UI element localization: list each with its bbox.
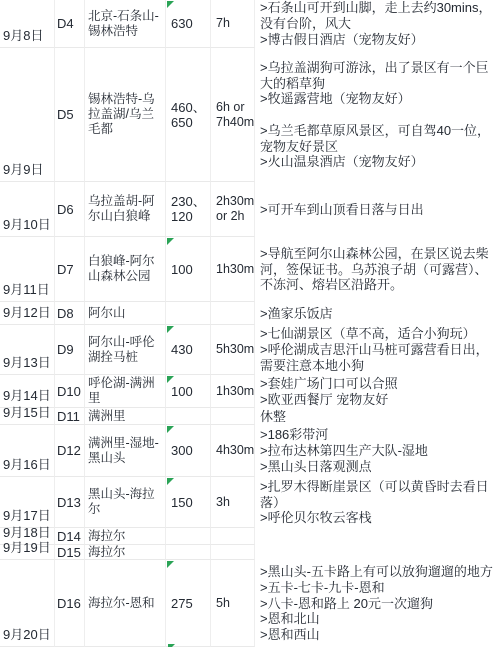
notes-cell[interactable]: >黑山头-五卡路上有可以放狗遛遛的地方>五卡-七卡-九卡-恩和>八卡-恩和路上 … (255, 560, 500, 647)
day-cell[interactable]: D7 (55, 237, 85, 302)
note-line: >五卡-七卡-九卡-恩和 (260, 580, 498, 596)
duration-label: 7h (216, 16, 230, 31)
duration-label: 1h30m (216, 262, 254, 277)
route-cell[interactable]: 满洲里 (85, 408, 166, 425)
notes-cell[interactable]: >乌拉盖湖狗可游泳，出了景区有一个巨大的稻草狗>牧遥露营地（宠物友好）>乌兰毛都… (255, 48, 500, 182)
distance-label: 230、120 (171, 194, 210, 224)
date-cell[interactable]: 9月16日 (0, 425, 55, 477)
distance-label: 300 (171, 443, 193, 458)
duration-cell[interactable]: 2h30m or 2h (211, 182, 255, 237)
note-line: >拉布达林第四生产大队-湿地 (260, 443, 498, 459)
route-label: 满洲里-湿地-黑山头 (88, 436, 165, 466)
notes-cell[interactable] (255, 528, 500, 545)
day-label: D12 (57, 443, 81, 458)
day-cell[interactable]: D11 (55, 408, 85, 425)
distance-cell[interactable] (166, 528, 211, 545)
table-row: 9月18日 D14 海拉尔 (0, 528, 500, 545)
duration-label: 1h30m (216, 384, 254, 399)
duration-cell[interactable]: 1h30m (211, 237, 255, 302)
day-label: D6 (57, 202, 74, 217)
notes-cell[interactable]: >可开车到山顶看日落与日出 (255, 182, 500, 237)
distance-cell[interactable] (166, 302, 211, 325)
note-line: >渔家乐饭店 (260, 306, 498, 322)
distance-cell[interactable]: 275 (166, 560, 211, 647)
table-row: 9月19日 D15 海拉尔 (0, 545, 500, 560)
notes-cell[interactable] (255, 545, 500, 560)
route-label: 满洲里 (88, 409, 126, 424)
number-as-text-flag-icon (167, 478, 174, 485)
table-row: 9月14日 D10 呼伦湖-满洲里 100 1h30m >套娃广场门口可以合照>… (0, 375, 500, 408)
date-label: 9月11日 (3, 279, 50, 298)
route-cell[interactable]: 海拉尔 (85, 528, 166, 545)
duration-cell[interactable]: 5h (211, 560, 255, 647)
number-as-text-flag-icon (167, 376, 174, 383)
distance-cell[interactable]: 100 (166, 375, 211, 408)
duration-label: 5h30m (216, 342, 254, 357)
notes-cell[interactable]: >扎罗木得断崖景区（可以黄昏时去看日落）>呼伦贝尔牧云客栈 (255, 477, 500, 528)
duration-label: 3h (216, 495, 230, 510)
day-label: D5 (57, 107, 74, 122)
table-row: 9月15日 D11 满洲里 休整 (0, 408, 500, 425)
date-label: 9月19日 (3, 537, 51, 556)
date-label: 9月16日 (3, 454, 51, 473)
distance-cell[interactable]: 150 (166, 477, 211, 528)
number-as-text-flag-icon (167, 561, 174, 568)
distance-label: 100 (171, 262, 193, 277)
note-line: >可开车到山顶看日落与日出 (260, 202, 498, 218)
distance-cell[interactable]: 230、120 (166, 182, 211, 237)
table-row: 9月20日 D16 海拉尔-恩和 275 5h >黑山头-五卡路上有可以放狗遛遛… (0, 560, 500, 647)
date-label: 9月9日 (3, 159, 43, 178)
date-label: 9月15日 (3, 402, 51, 421)
note-line: >石条山可开到山脚，走上去约30mins，没有台阶，风大 (260, 0, 498, 31)
date-label: 9月8日 (3, 25, 43, 44)
date-cell[interactable]: 9月9日 (0, 48, 55, 182)
distance-cell[interactable]: 300 (166, 425, 211, 477)
route-label: 呼伦湖-满洲里 (88, 376, 165, 406)
route-label: 海拉尔-恩和 (88, 596, 155, 611)
day-label: D15 (57, 545, 81, 560)
date-cell[interactable]: 9月12日 (0, 302, 55, 325)
route-cell[interactable]: 阿尔山 (85, 302, 166, 325)
route-label: 乌拉盖胡-阿尔山白狼峰 (88, 194, 165, 224)
distance-cell[interactable]: 630 (166, 0, 211, 48)
table-row: 9月11日 D7 白狼峰-阿尔山森林公园 100 1h30m >导航至阿尔山森林… (0, 237, 500, 302)
table-row: 9月9日 D5 锡林浩特-乌拉盖湖/乌兰毛都 460、650 6h or 7h4… (0, 48, 500, 182)
duration-cell[interactable] (211, 302, 255, 325)
notes-cell[interactable]: >七仙湖景区（草不高，适合小狗玩）>呼伦湖成吉思汗山马桩可露营看日出，需要注意本… (255, 325, 500, 375)
route-cell[interactable]: 北京-石条山-锡林浩特 (85, 0, 166, 48)
note-line: >呼伦湖成吉思汗山马桩可露营看日出，需要注意本地小狗 (260, 342, 498, 373)
distance-cell[interactable]: 100 (166, 237, 211, 302)
duration-cell[interactable]: 6h or 7h40m (211, 48, 255, 182)
date-cell[interactable]: 9月13日 (0, 325, 55, 375)
route-cell[interactable]: 锡林浩特-乌拉盖湖/乌兰毛都 (85, 48, 166, 182)
distance-label: 275 (171, 596, 193, 611)
date-cell[interactable]: 9月20日 (0, 560, 55, 647)
note-line: >恩和北山 (260, 611, 498, 627)
note-line: >八卡-恩和路上 20元一次遛狗 (260, 596, 498, 612)
notes-cell[interactable]: 休整 (255, 408, 500, 425)
day-cell[interactable]: D4 (55, 0, 85, 48)
route-label: 阿尔山 (88, 306, 126, 321)
day-cell[interactable]: D9 (55, 325, 85, 375)
route-cell[interactable]: 海拉尔-恩和 (85, 560, 166, 647)
itinerary-table: 9月8日 D4 北京-石条山-锡林浩特 630 7h >石条山可开到山脚，走上去… (0, 0, 500, 647)
table-row: 9月13日 D9 阿尔山-呼伦湖拴马桩 430 5h30m >七仙湖景区（草不高… (0, 325, 500, 375)
date-cell[interactable]: 9月17日 (0, 477, 55, 528)
note-line: >恩和西山 (260, 627, 498, 643)
note-line: >扎罗木得断崖景区（可以黄昏时去看日落） (260, 479, 498, 510)
route-label: 黑山头-海拉尔 (88, 487, 165, 517)
number-as-text-flag-icon (167, 238, 174, 245)
day-label: D4 (57, 16, 74, 31)
note-line: 休整 (260, 409, 498, 425)
number-as-text-flag-icon (167, 1, 174, 8)
day-label: D10 (57, 384, 81, 399)
day-label: D8 (57, 306, 74, 321)
route-label: 海拉尔 (88, 529, 126, 544)
duration-label: 2h30m or 2h (216, 194, 254, 224)
duration-label: 6h or 7h40m (216, 100, 254, 130)
note-line: >套娃广场门口可以合照 (260, 376, 498, 392)
note-line: >乌拉盖湖狗可游泳，出了景区有一个巨大的稻草狗 (260, 60, 498, 91)
date-label: 9月20日 (3, 624, 51, 643)
note-line: >欧亚西餐厅 宠物友好 (260, 392, 498, 408)
distance-label: 630 (171, 16, 193, 31)
notes-cell[interactable]: >石条山可开到山脚，走上去约30mins，没有台阶，风大>博古假日酒店（宠物友好… (255, 0, 500, 48)
distance-label: 100 (171, 384, 193, 399)
day-cell[interactable]: D12 (55, 425, 85, 477)
duration-label: 4h30m (216, 443, 254, 458)
route-label: 阿尔山-呼伦湖拴马桩 (88, 335, 165, 365)
notes-cell[interactable]: >套娃广场门口可以合照>欧亚西餐厅 宠物友好 (255, 375, 500, 408)
distance-label: 430 (171, 342, 193, 357)
day-label: D9 (57, 342, 74, 357)
notes-cell[interactable]: >186彩带河>拉布达林第四生产大队-湿地>黑山头日落观测点 (255, 425, 500, 477)
date-cell[interactable]: 9月10日 (0, 182, 55, 237)
route-label: 白狼峰-阿尔山森林公园 (88, 254, 165, 284)
date-label: 9月13日 (3, 352, 51, 371)
day-cell[interactable]: D5 (55, 48, 85, 182)
note-line: >黑山头日落观测点 (260, 459, 498, 475)
day-label: D7 (57, 262, 74, 277)
route-label: 锡林浩特-乌拉盖湖/乌兰毛都 (88, 92, 165, 137)
note-line: >186彩带河 (260, 427, 498, 443)
day-cell[interactable]: D14 (55, 528, 85, 545)
route-label: 海拉尔 (88, 545, 126, 560)
duration-label: 5h (216, 596, 230, 611)
route-cell[interactable]: 黑山头-海拉尔 (85, 477, 166, 528)
note-line: >博古假日酒店（宠物友好） (260, 32, 498, 48)
table-row: 9月17日 D13 黑山头-海拉尔 150 3h >扎罗木得断崖景区（可以黄昏时… (0, 477, 500, 528)
table-row: 9月16日 D12 满洲里-湿地-黑山头 300 4h30m >186彩带河>拉… (0, 425, 500, 477)
route-cell[interactable]: 呼伦湖-满洲里 (85, 375, 166, 408)
day-label: D11 (57, 409, 80, 424)
route-cell[interactable]: 海拉尔 (85, 545, 166, 560)
route-cell[interactable]: 阿尔山-呼伦湖拴马桩 (85, 325, 166, 375)
distance-cell[interactable]: 460、650 (166, 48, 211, 182)
day-cell[interactable]: D10 (55, 375, 85, 408)
day-label: D13 (57, 495, 81, 510)
route-cell[interactable]: 乌拉盖胡-阿尔山白狼峰 (85, 182, 166, 237)
date-cell[interactable]: 9月19日 (0, 545, 55, 560)
note-line: >呼伦贝尔牧云客栈 (260, 510, 498, 526)
route-cell[interactable]: 白狼峰-阿尔山森林公园 (85, 237, 166, 302)
distance-cell[interactable] (166, 408, 211, 425)
day-label: D16 (57, 596, 81, 611)
duration-cell[interactable]: 5h30m (211, 325, 255, 375)
duration-cell[interactable]: 1h30m (211, 375, 255, 408)
table-row: 9月8日 D4 北京-石条山-锡林浩特 630 7h >石条山可开到山脚，走上去… (0, 0, 500, 48)
number-as-text-flag-icon (167, 426, 174, 433)
note-line: >火山温泉酒店（宠物友好） (260, 154, 498, 170)
date-label: 9月10日 (3, 214, 51, 233)
date-cell[interactable]: 9月15日 (0, 408, 55, 425)
note-line: >乌兰毛都草原风景区，可自驾40一位，宠物友好景区 (260, 123, 498, 154)
day-cell[interactable]: D15 (55, 545, 85, 560)
route-label: 北京-石条山-锡林浩特 (88, 9, 165, 39)
date-label: 9月12日 (3, 302, 51, 321)
note-line: >牧遥露营地（宠物友好） (260, 91, 498, 107)
date-cell[interactable]: 9月11日 (0, 237, 55, 302)
distance-cell[interactable]: 430 (166, 325, 211, 375)
route-cell[interactable]: 满洲里-湿地-黑山头 (85, 425, 166, 477)
day-label: D14 (57, 529, 81, 544)
notes-cell[interactable]: >导航至阿尔山森林公园，在景区说去柴河，签保证书。乌苏浪子胡（可露营）、不冻河、… (255, 237, 500, 302)
table-row: 9月10日 D6 乌拉盖胡-阿尔山白狼峰 230、120 2h30m or 2h… (0, 182, 500, 237)
day-cell[interactable]: D6 (55, 182, 85, 237)
duration-cell[interactable]: 4h30m (211, 425, 255, 477)
note-line (260, 107, 498, 123)
duration-cell[interactable] (211, 408, 255, 425)
day-cell[interactable]: D13 (55, 477, 85, 528)
distance-cell[interactable] (166, 545, 211, 560)
table-row: 9月12日 D8 阿尔山 >渔家乐饭店 (0, 302, 500, 325)
note-line: >七仙湖景区（草不高，适合小狗玩） (260, 326, 498, 342)
day-cell[interactable]: D16 (55, 560, 85, 647)
date-cell[interactable]: 9月8日 (0, 0, 55, 48)
notes-cell[interactable]: >渔家乐饭店 (255, 302, 500, 325)
note-line: >黑山头-五卡路上有可以放狗遛遛的地方 (260, 564, 498, 580)
distance-label: 460、650 (171, 100, 210, 130)
duration-cell[interactable]: 3h (211, 477, 255, 528)
duration-cell[interactable]: 7h (211, 0, 255, 48)
distance-label: 150 (171, 495, 193, 510)
note-line: >导航至阿尔山森林公园，在景区说去柴河，签保证书。乌苏浪子胡（可露营）、不冻河、… (260, 246, 498, 293)
duration-cell[interactable] (211, 528, 255, 545)
number-as-text-flag-icon (167, 326, 174, 333)
duration-cell[interactable] (211, 545, 255, 560)
day-cell[interactable]: D8 (55, 302, 85, 325)
